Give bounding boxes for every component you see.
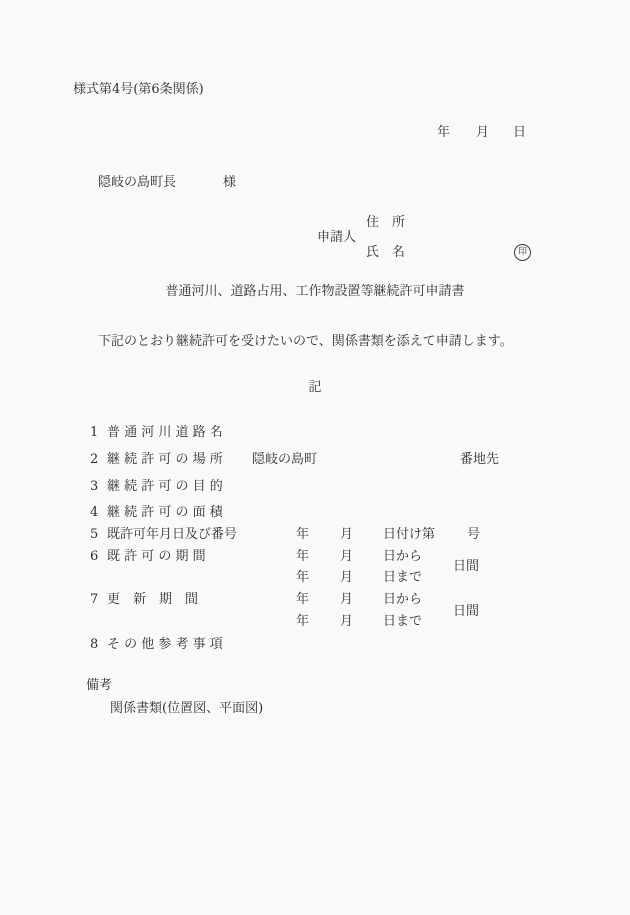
duration-label: 日間	[453, 604, 479, 620]
item-label: 既許可年月日及び番号	[107, 527, 237, 543]
record-heading: 記	[0, 380, 630, 396]
addressee-name: 隠岐の島町長	[98, 175, 176, 190]
notes-heading: 備考	[86, 678, 112, 694]
month-label: 月	[340, 592, 353, 608]
lot-number-suffix: 番地先	[460, 452, 499, 468]
year-label: 年	[296, 592, 309, 608]
document-title: 普通河川、道路占用、工作物設置等継続許可申請書	[0, 284, 630, 300]
day-to-label: 日まで	[383, 614, 422, 630]
seal-icon: 印	[514, 244, 531, 261]
addressee-honorific: 様	[223, 175, 236, 190]
applicant-label: 申請人	[317, 230, 356, 246]
item-row-2: 2 継 続 許 可 の 場 所 隠岐の島町 番地先	[0, 452, 630, 468]
item-number: 6	[90, 549, 98, 565]
period-to-line: 年月日まで	[296, 570, 422, 586]
item-number: 8	[90, 637, 98, 653]
year-label: 年	[296, 549, 309, 565]
item-value: 隠岐の島町	[252, 452, 317, 468]
year-label: 年	[296, 570, 309, 586]
year-label: 年	[437, 125, 450, 140]
item-label: そ の 他 参 考 事 項	[107, 637, 223, 653]
month-label: 月	[340, 549, 353, 565]
item-number: 4	[90, 505, 98, 521]
month-label: 月	[476, 125, 489, 140]
item-number: 2	[90, 452, 98, 468]
day-from-label: 日から	[383, 592, 422, 608]
seal-character: 印	[518, 248, 527, 257]
item-row-5: 5 既許可年月日及び番号 年月日付け第号	[0, 527, 630, 543]
day-label: 日	[513, 125, 526, 140]
item-row-3: 3 継 続 許 可 の 目 的	[0, 479, 630, 495]
item-label: 継 続 許 可 の 目 的	[107, 479, 223, 495]
year-label: 年	[296, 614, 309, 630]
issue-date-line: 年月日	[437, 125, 526, 141]
period-from-line: 年月日から	[296, 592, 422, 608]
applicant-address-label: 住 所	[366, 215, 405, 231]
item-row-8: 8 そ の 他 参 考 事 項	[0, 637, 630, 653]
item-number: 1	[90, 425, 98, 441]
permit-date-line: 年月日付け第号	[296, 527, 480, 543]
item-row-1: 1 普 通 河 川 道 路 名	[0, 425, 630, 441]
item-row-6: 6 既 許 可 の 期 間 年月日から 年月日まで 日間	[0, 549, 630, 589]
month-label: 月	[340, 570, 353, 586]
number-suffix-label: 号	[467, 527, 480, 543]
day-to-label: 日まで	[383, 570, 422, 586]
item-row-7: 7 更 新 期 間 年月日から 年月日まで 日間	[0, 592, 630, 632]
item-label: 継 続 許 可 の 面 積	[107, 505, 223, 521]
duration-label: 日間	[453, 559, 479, 575]
year-label: 年	[296, 527, 309, 543]
body-text: 下記のとおり継続許可を受けたいので、関係書類を添えて申請します。	[98, 334, 513, 350]
item-label: 既 許 可 の 期 間	[107, 549, 206, 565]
item-number: 7	[90, 592, 98, 608]
period-to-line: 年月日まで	[296, 614, 422, 630]
item-label: 更 新 期 間	[107, 592, 198, 608]
document-page: 様式第4号(第6条関係) 年月日 隠岐の島町長様 申請人 住 所 氏 名 印 普…	[0, 0, 630, 915]
addressee-line: 隠岐の島町長様	[98, 175, 236, 191]
period-from-line: 年月日から	[296, 549, 422, 565]
item-number: 5	[90, 527, 98, 543]
item-label: 継 続 許 可 の 場 所	[107, 452, 223, 468]
item-row-4: 4 継 続 許 可 の 面 積	[0, 505, 630, 521]
day-suffix-label: 日付け第	[383, 527, 435, 543]
month-label: 月	[340, 614, 353, 630]
notes-line: 関係書類(位置図、平面図)	[110, 701, 263, 717]
form-number: 様式第4号(第6条関係)	[73, 82, 204, 98]
item-label: 普 通 河 川 道 路 名	[107, 425, 223, 441]
item-number: 3	[90, 479, 98, 495]
applicant-name-label: 氏 名	[366, 245, 405, 261]
day-from-label: 日から	[383, 549, 422, 565]
month-label: 月	[340, 527, 353, 543]
